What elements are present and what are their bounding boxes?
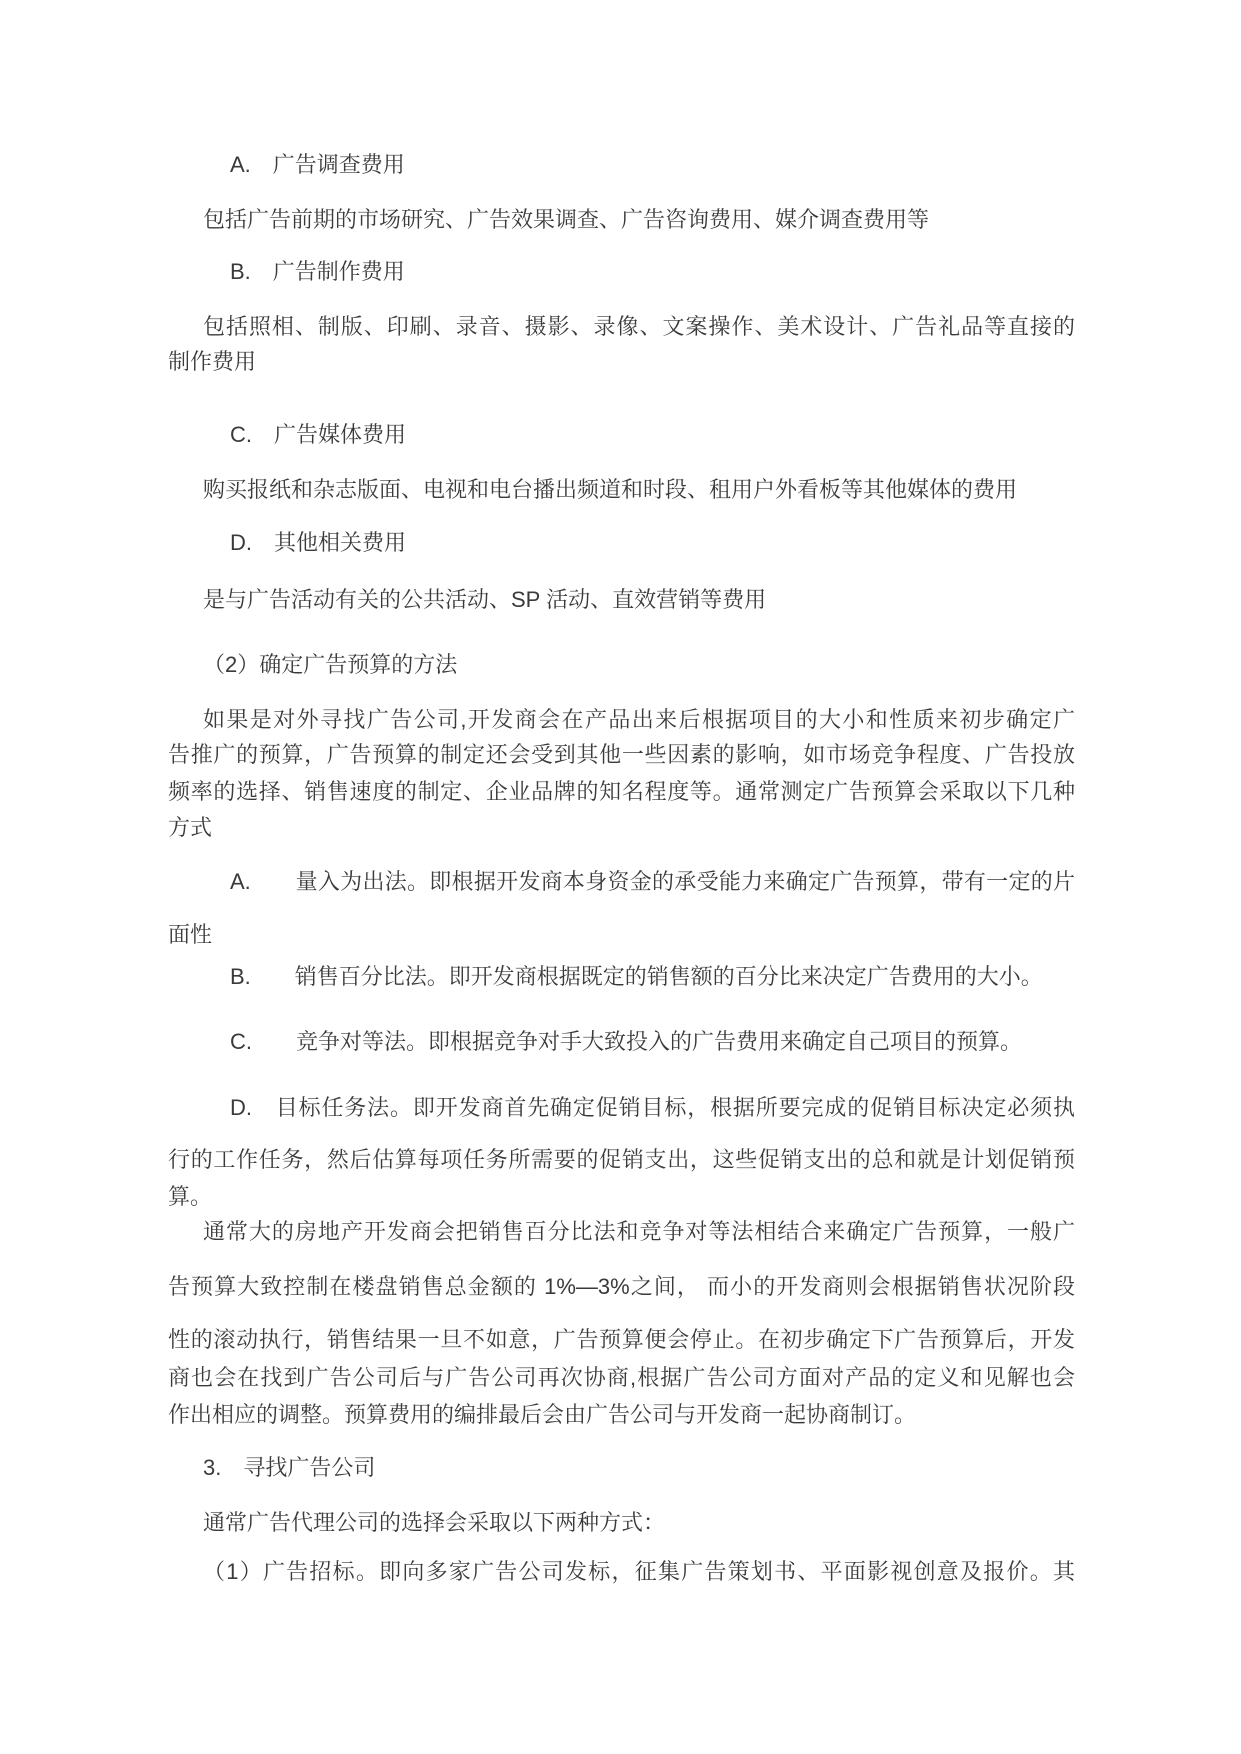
text-line: C. 广告媒体费用: [168, 423, 1075, 447]
text-line: 是与广告活动有关的公共活动、SP 活动、直效营销等费用: [168, 588, 1075, 612]
paragraph-b-description: 包括照相、制版、印刷、录音、摄影、录像、文案操作、美术设计、广告礼品等直接的 制…: [168, 315, 1075, 374]
paragraph-a-description: 包括广告前期的市场研究、广告效果调查、广告咨询费用、媒介调查费用等: [168, 208, 1075, 232]
list-item-a-method: A. 量入为出法。即根据开发商本身资金的承受能力来确定广告预算，带有一定的片 面…: [168, 870, 1075, 947]
text-line: （1）广告招标。即向多家广告公司发标，征集广告策划书、平面影视创意及报价。其: [168, 1560, 1075, 1584]
paragraph-agency-selection: 通常广告代理公司的选择会采取以下两种方式：: [168, 1511, 1075, 1535]
list-item-a-costs: A. 广告调查费用: [168, 153, 1075, 177]
text-line: 告预算大致控制在楼盘销售总金额的 1%—3%之间， 而小的开发商则会根据销售状况…: [168, 1275, 1075, 1299]
text-line: 3. 寻找广告公司: [168, 1456, 1075, 1480]
text-line: 频率的选择、销售速度的制定、企业品牌的知名程度等。通常测定广告预算会采取以下几种: [168, 780, 1075, 804]
text-line: C. 竞争对等法。即根据竞争对手大致投入的广告费用来确定自己项目的预算。: [168, 1030, 1075, 1054]
section-heading-budget-methods: （2）确定广告预算的方法: [168, 653, 1075, 677]
text-line: 通常大的房地产开发商会把销售百分比法和竞争对等法相结合来确定广告预算，一般广: [168, 1220, 1075, 1244]
text-line: 购买报纸和杂志版面、电视和电台播出频道和时段、租用户外看板等其他媒体的费用: [168, 478, 1075, 502]
text-line: D. 其他相关费用: [168, 531, 1075, 555]
paragraph-budget-practice: 通常大的房地产开发商会把销售百分比法和竞争对等法相结合来确定广告预算，一般广 告…: [168, 1220, 1075, 1427]
text-line: 算。: [168, 1185, 1075, 1209]
text-line: A. 量入为出法。即根据开发商本身资金的承受能力来确定广告预算，带有一定的片: [168, 870, 1075, 894]
text-line: 包括广告前期的市场研究、广告效果调查、广告咨询费用、媒介调查费用等: [168, 208, 1075, 232]
text-line: 行的工作任务，然后估算每项任务所需要的促销支出，这些促销支出的总和就是计划促销预: [168, 1148, 1075, 1172]
text-line: 告推广的预算，广告预算的制定还会受到其他一些因素的影响，如市场竞争程度、广告投放: [168, 743, 1075, 767]
text-line: （2）确定广告预算的方法: [168, 653, 1075, 677]
text-line: 方式: [168, 816, 1075, 840]
document-page: A. 广告调查费用 包括广告前期的市场研究、广告效果调查、广告咨询费用、媒介调查…: [0, 0, 1241, 1754]
paragraph-d-description: 是与广告活动有关的公共活动、SP 活动、直效营销等费用: [168, 588, 1075, 612]
document-text-body: A. 广告调查费用 包括广告前期的市场研究、广告效果调查、广告咨询费用、媒介调查…: [168, 153, 1075, 1584]
list-item-b-costs: B. 广告制作费用: [168, 260, 1075, 284]
text-line: 作出相应的调整。预算费用的编排最后会由广告公司与开发商一起协商制订。: [168, 1403, 1075, 1427]
text-line: 商也会在找到广告公司后与广告公司再次协商,根据广告公司方面对产品的定义和见解也会: [168, 1366, 1075, 1390]
text-line: B. 销售百分比法。即开发商根据既定的销售额的百分比来决定广告费用的大小。: [168, 965, 1075, 989]
text-line: A. 广告调查费用: [168, 153, 1075, 177]
list-item-d-costs: D. 其他相关费用: [168, 531, 1075, 555]
list-item-c-method: C. 竞争对等法。即根据竞争对手大致投入的广告费用来确定自己项目的预算。: [168, 1030, 1075, 1054]
text-line: 包括照相、制版、印刷、录音、摄影、录像、文案操作、美术设计、广告礼品等直接的: [168, 315, 1075, 339]
text-line: D. 目标任务法。即开发商首先确定促销目标，根据所要完成的促销目标决定必须执: [168, 1096, 1075, 1120]
section-heading-find-agency: 3. 寻找广告公司: [168, 1456, 1075, 1480]
paragraph-ad-bidding: （1）广告招标。即向多家广告公司发标，征集广告策划书、平面影视创意及报价。其: [168, 1560, 1075, 1584]
text-line: 如果是对外寻找广告公司,开发商会在产品出来后根据项目的大小和性质来初步确定广: [168, 708, 1075, 732]
text-line: 通常广告代理公司的选择会采取以下两种方式：: [168, 1511, 1075, 1535]
list-item-b-method: B. 销售百分比法。即开发商根据既定的销售额的百分比来决定广告费用的大小。: [168, 965, 1075, 989]
text-line: 性的滚动执行，销售结果一旦不如意，广告预算便会停止。在初步确定下广告预算后，开发: [168, 1328, 1075, 1352]
text-line: 制作费用: [168, 350, 1075, 374]
list-item-c-costs: C. 广告媒体费用: [168, 423, 1075, 447]
text-line: 面性: [168, 923, 1075, 947]
paragraph-c-description: 购买报纸和杂志版面、电视和电台播出频道和时段、租用户外看板等其他媒体的费用: [168, 478, 1075, 502]
text-line: B. 广告制作费用: [168, 260, 1075, 284]
list-item-d-method: D. 目标任务法。即开发商首先确定促销目标，根据所要完成的促销目标决定必须执 行…: [168, 1096, 1075, 1209]
paragraph-budget-intro: 如果是对外寻找广告公司,开发商会在产品出来后根据项目的大小和性质来初步确定广 告…: [168, 708, 1075, 840]
